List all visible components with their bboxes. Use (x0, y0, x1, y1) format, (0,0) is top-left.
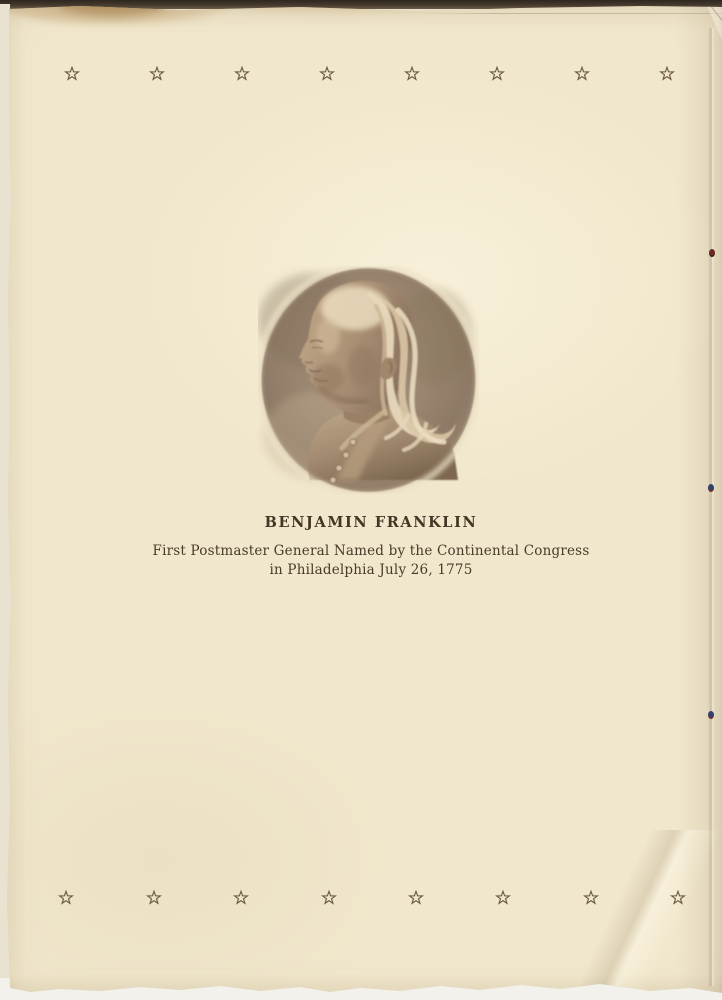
paper-vignette (0, 0, 722, 1000)
scanned-page: BENJAMIN FRANKLIN First Postmaster Gener… (0, 0, 722, 1000)
paper-sheet: BENJAMIN FRANKLIN First Postmaster Gener… (0, 0, 722, 1000)
